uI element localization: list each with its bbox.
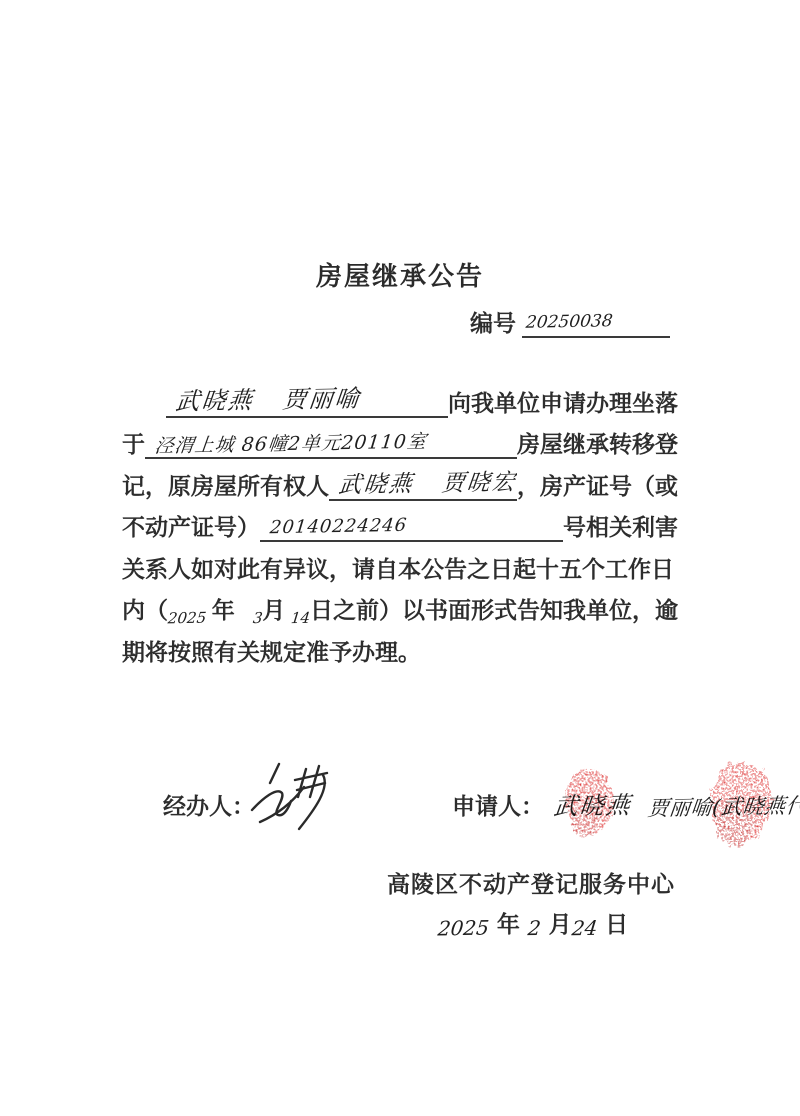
body-line-6-p4: 日之前）以书面形式告知我单位，逾 [310,592,678,625]
doc-number-value-handwritten: 20250038 [525,308,614,336]
body-line-1: 武晓燕 贾丽喻 向我单位申请办理坐落 [122,376,678,418]
body-line-6-p1: 内（ [122,592,168,625]
body-line-3: 记，原房屋所有权人 武晓燕 贾晓宏 ，房产证号（或 [122,459,678,501]
body-line-1-text: 向我单位申请办理坐落 [448,385,678,418]
date-year-handwritten: 2025 [437,916,491,941]
applicants-blank-field: 武晓燕 贾丽喻 [166,380,448,418]
body-line-4-suffix: 号相关利害 [563,509,678,542]
signature-stroke [295,773,327,780]
address-blank-field: 泾渭上城 86幢2单元20110室 [145,429,517,459]
signature-stroke [298,769,306,797]
fingerprint-stamp-2 [703,757,781,852]
body-line-6-p2: 年 [212,592,235,625]
date-month-handwritten: 2 [527,916,542,940]
body-line-4-prefix: 不动产证号） [122,509,260,542]
body-line-5-text: 关系人如对此有异议，请自本公告之日起十五个工作日 [122,551,674,584]
issue-date: 2025 年 2 月 24 日 [438,906,628,939]
date-year-label: 年 [497,906,520,939]
body-line-4: 不动产证号） 20140224246 号相关利害 [122,501,678,543]
body-line-3-suffix: ，房产证号（或 [517,468,678,501]
cert-number-blank-field: 20140224246 [260,516,563,542]
deadline-year-handwritten: 2025 [167,609,207,628]
signature-stroke [270,764,279,783]
signature-stroke [310,766,319,797]
date-day-label: 日 [605,906,628,939]
body-line-2-prefix: 于 [122,426,145,459]
date-month-label: 月 [549,906,572,939]
body-line-7-text: 期将按照有关规定准予办理。 [122,634,421,667]
fingerprint-blob [711,761,771,846]
fingerprint-stamp-1 [558,764,622,844]
org-name: 高陵区不动产登记服务中心 [0,866,800,899]
handler-signature-scribble [246,756,342,836]
scanned-document-page: 房屋继承公告 编号 20250038 武晓燕 贾丽喻 向我单位申请办理坐落 于 … [0,0,800,1116]
applicant-label: 申请人： [452,788,544,821]
date-day-handwritten: 24 [570,916,598,940]
body-line-6-p3: 月 [262,592,285,625]
body-line-2: 于 泾渭上城 86幢2单元20110室 房屋继承转移登 [122,418,678,460]
cert-number-handwritten: 20140224246 [269,516,409,540]
deadline-day-handwritten: 14 [290,609,311,627]
fingerprint-blob [565,769,613,837]
body-line-3-prefix: 记，原房屋所有权人 [122,468,329,501]
doc-number-row: 编号 20250038 [470,305,670,338]
body-line-7: 期将按照有关规定准予办理。 [122,625,678,667]
owners-handwritten: 武晓燕 贾晓宏 [337,465,517,500]
handler-row: 经办人： [163,788,255,821]
signature-stroke [252,791,291,815]
applicants-handwritten: 武晓燕 贾丽喻 [174,380,363,417]
document-title: 房屋继承公告 [0,256,800,293]
deadline-month-handwritten: 3 [252,609,263,627]
address-handwritten: 泾渭上城 86幢2单元20110室 [153,429,428,458]
body-paragraph: 武晓燕 贾丽喻 向我单位申请办理坐落 于 泾渭上城 86幢2单元20110室 房… [122,376,678,667]
body-line-2-text: 房屋继承转移登 [517,426,678,459]
body-line-6: 内（ 2025 年 3 月 14 日之前）以书面形式告知我单位，逾 [122,584,678,626]
doc-number-underline: 20250038 [522,306,670,338]
doc-number-label: 编号 [470,305,516,338]
handler-label: 经办人： [163,793,255,819]
owners-blank-field: 武晓燕 贾晓宏 [329,465,517,501]
body-line-5: 关系人如对此有异议，请自本公告之日起十五个工作日 [122,542,678,584]
